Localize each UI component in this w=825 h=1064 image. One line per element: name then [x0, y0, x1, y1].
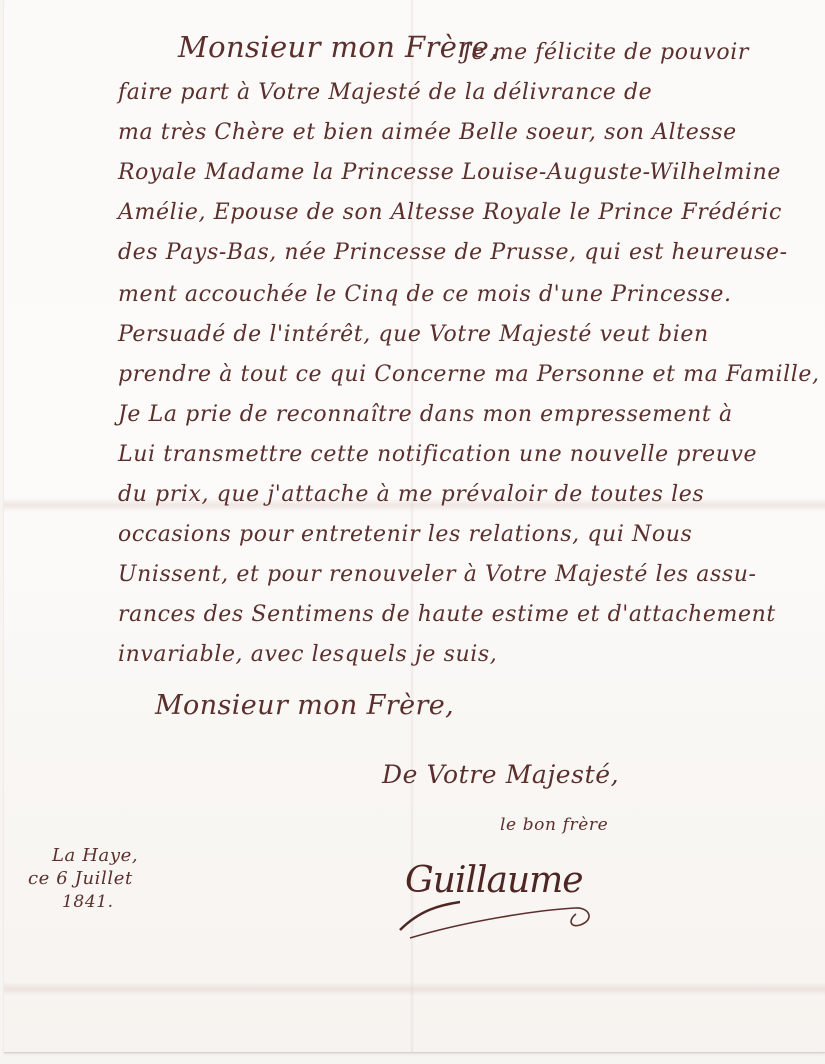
body-line: Royale Madame la Princesse Louise-August…	[118, 160, 781, 185]
body-line: des Pays-Bas, née Princesse de Prusse, q…	[118, 240, 788, 265]
opening-salutation: Monsieur mon Frère,	[178, 30, 499, 64]
body-line: Persuadé de l'intérêt, que Votre Majesté…	[118, 322, 709, 347]
body-line: Amélie, Epouse de son Altesse Royale le …	[118, 200, 782, 225]
body-line: rances des Sentimens de haute estime et …	[118, 602, 776, 627]
body-line: occasions pour entretenir les relations,…	[118, 522, 692, 547]
signature-flourish	[380, 880, 640, 940]
body-line: du prix, que j'attache à me prévaloir de…	[118, 482, 704, 507]
date: ce 6 Juillet	[28, 868, 133, 889]
body-line: Unissent, et pour renouveler à Votre Maj…	[118, 562, 757, 587]
body-line: prendre à tout ce qui Concerne ma Person…	[118, 362, 820, 387]
closing-relation: le bon frère	[500, 815, 608, 835]
opening-line-text: Je me félicite de pouvoir	[462, 40, 749, 65]
place: La Haye,	[52, 845, 138, 866]
paper-fold-horizontal-lower	[4, 982, 825, 996]
year: 1841.	[62, 892, 114, 912]
body-line: Je La prie de reconnaître dans mon empre…	[118, 402, 733, 427]
body-line: invariable, avec lesquels je suis,	[118, 642, 497, 667]
body-line: faire part à Votre Majesté de la délivra…	[118, 80, 652, 105]
closing-salutation: Monsieur mon Frère,	[155, 690, 454, 721]
body-line: ment accouchée le Cinq de ce mois d'une …	[118, 282, 732, 307]
body-line: Lui transmettre cette notification une n…	[118, 442, 757, 467]
body-line: ma très Chère et bien aimée Belle soeur,…	[118, 120, 737, 145]
closing-formula: De Votre Majesté,	[382, 760, 619, 789]
